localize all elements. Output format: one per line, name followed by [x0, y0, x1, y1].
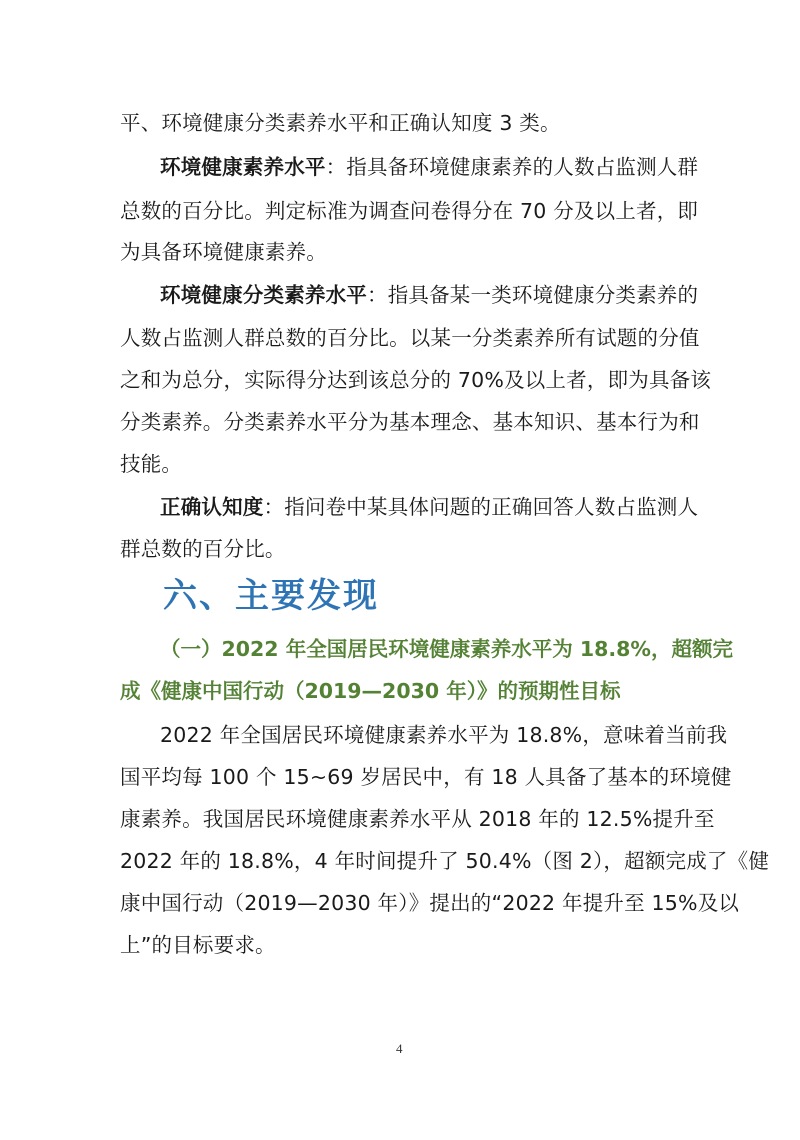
- definition-text: ：指具备某一类环境健康分类素养的: [367, 283, 698, 307]
- definition-correct-awareness: 正确认知度：指问卷中某具体问题的正确回答人数占监测人: [160, 495, 720, 519]
- paragraph-line: 人数占监测人群总数的百分比。以某一分类素养所有试题的分值: [120, 326, 680, 350]
- paragraph-line: 2022 年全国居民环境健康素养水平为 18.8%，意味着当前我: [160, 723, 720, 747]
- definition-category-literacy: 环境健康分类素养水平：指具备某一类环境健康分类素养的: [160, 283, 720, 307]
- paragraph-line: 上”的目标要求。: [120, 933, 680, 957]
- definition-text: ：指具备环境健康素养的人数占监测人群: [326, 155, 699, 179]
- definition-literacy-level: 环境健康素养水平：指具备环境健康素养的人数占监测人群: [160, 155, 720, 179]
- page-number: 4: [396, 1041, 403, 1057]
- paragraph-line: 为具备环境健康素养。: [120, 240, 680, 264]
- paragraph-line: 平、环境健康分类素养水平和正确认知度 3 类。: [120, 111, 680, 135]
- term-category-literacy: 环境健康分类素养水平: [160, 283, 367, 307]
- subheading-line: （一）2022 年全国居民环境健康素养水平为 18.8%，超额完: [160, 637, 733, 661]
- paragraph-line: 群总数的百分比。: [120, 537, 680, 561]
- document-page: 平、环境健康分类素养水平和正确认知度 3 类。 环境健康素养水平：指具备环境健康…: [0, 0, 800, 1140]
- paragraph-line: 国平均每 100 个 15~69 岁居民中，有 18 人具备了基本的环境健: [120, 765, 680, 789]
- section-heading: 六、主要发现: [163, 575, 379, 617]
- definition-text: ：指问卷中某具体问题的正确回答人数占监测人: [264, 495, 699, 519]
- paragraph-line: 康中国行动（2019—2030 年）》提出的“2022 年提升至 15%及以: [120, 891, 680, 915]
- paragraph-line: 康素养。我国居民环境健康素养水平从 2018 年的 12.5%提升至: [120, 807, 680, 831]
- paragraph-line: 技能。: [120, 452, 680, 476]
- paragraph-line: 总数的百分比。判定标准为调查问卷得分在 70 分及以上者，即: [120, 199, 680, 223]
- paragraph-line: 之和为总分，实际得分达到该总分的 70%及以上者，即为具备该: [120, 368, 680, 392]
- term-literacy-level: 环境健康素养水平: [160, 155, 326, 179]
- paragraph-line: 2022 年的 18.8%，4 年时间提升了 50.4%（图 2），超额完成了《…: [120, 849, 680, 873]
- paragraph-line: 分类素养。分类素养水平分为基本理念、基本知识、基本行为和: [120, 410, 680, 434]
- term-correct-awareness: 正确认知度: [160, 495, 264, 519]
- subheading-line: 成《健康中国行动（2019—2030 年）》的预期性目标: [120, 679, 621, 703]
